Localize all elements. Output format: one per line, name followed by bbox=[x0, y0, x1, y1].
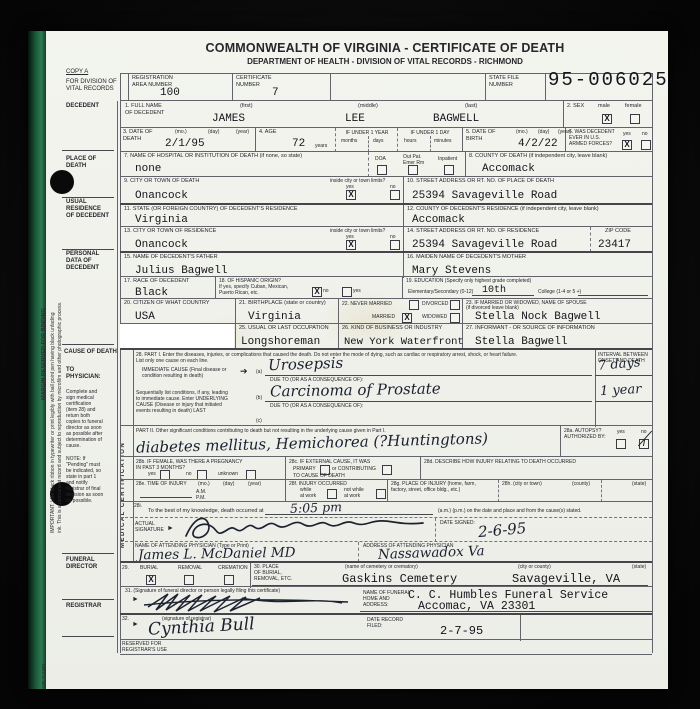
zip-value: 23417 bbox=[598, 239, 631, 251]
margin-divider bbox=[62, 599, 114, 600]
residence-street-value: 25394 Savageville Road bbox=[412, 239, 557, 251]
part1-header: 28. PART I. Enter the diseases, injuries… bbox=[136, 352, 586, 364]
underline bbox=[140, 497, 192, 498]
decedent-last-name: BAGWELL bbox=[433, 113, 479, 125]
birthplace-label: 21. BIRTHPLACE (state or country) bbox=[239, 300, 326, 307]
section-usual-residence: USUAL RESIDENCE OF DECEDENT bbox=[66, 199, 116, 221]
occupation-value: Longshoreman bbox=[241, 336, 320, 348]
sequential-label: Sequentially list conditions, if any, le… bbox=[136, 390, 251, 414]
no-label: no bbox=[323, 288, 329, 294]
citizen-value: USA bbox=[135, 311, 155, 323]
burial-city-value: Savageville, VA bbox=[512, 572, 620, 586]
divider bbox=[560, 426, 561, 457]
while-at-work-checkbox bbox=[327, 489, 337, 499]
hours-label: hours bbox=[404, 138, 417, 144]
occupation-label: 25. USUAL OR LAST OCCUPATION bbox=[239, 325, 329, 332]
divider bbox=[485, 74, 486, 101]
no-label: no bbox=[641, 429, 647, 435]
never-married-checkbox bbox=[409, 300, 419, 310]
sub-last: (last) bbox=[465, 103, 477, 110]
row-reserved: RESERVED FOR REGISTRAR'S USE bbox=[120, 639, 652, 655]
doa-checkbox bbox=[377, 165, 387, 175]
arrow-right-icon: ► bbox=[132, 596, 139, 604]
margin-divider bbox=[62, 344, 114, 345]
divider bbox=[338, 324, 339, 349]
funeral-home-label: NAME OF FUNERAL HOME AND ADDRESS: bbox=[363, 590, 411, 608]
immediate-cause-label: IMMEDIATE CAUSE (Final disease or condit… bbox=[142, 367, 250, 379]
divider bbox=[545, 74, 546, 101]
line-c-tag: (c) bbox=[256, 418, 262, 424]
divider bbox=[498, 480, 499, 502]
limits-no-checkbox bbox=[390, 240, 400, 250]
no-label: no bbox=[186, 471, 192, 477]
armed-forces-label: 6. WAS DECEDENT EVER IN U.S. ARMED FORCE… bbox=[569, 129, 624, 147]
arrow-icon: ➔ bbox=[240, 366, 248, 377]
margin-important-note-2: ink. This is a permanent record and subj… bbox=[57, 233, 63, 533]
divorced-checkbox bbox=[450, 300, 460, 310]
sub-day: (day) bbox=[208, 129, 219, 135]
death-certificate-scan: MARGIN RESERVED FOR BINDING IMPORTANT: U… bbox=[0, 0, 700, 709]
underline bbox=[265, 401, 592, 402]
cause-b-handwriting: Carcinoma of Prostate bbox=[270, 380, 441, 401]
cremation-checkbox bbox=[224, 575, 234, 585]
limits-no-checkbox bbox=[390, 190, 400, 200]
age-label: 4. AGE bbox=[259, 129, 276, 136]
place-of-injury-label: 28g. PLACE OF INJURY (home, farm, factor… bbox=[391, 481, 491, 493]
date-signed-handwriting: 2-6-95 bbox=[477, 519, 527, 541]
row-funeral-signature: 31. (Signature of funeral director or pe… bbox=[120, 586, 652, 614]
row-date-of-death: 3. DATE OF DEATH (mo.) (day) (year) 2/1/… bbox=[120, 127, 652, 152]
copy-for-label: FOR DIVISION OF VITAL RECORDS bbox=[66, 79, 117, 93]
injury-city-label: 28h. (city or town) bbox=[502, 481, 542, 487]
section-personal-data: PERSONAL DATA OF DECEDENT bbox=[66, 251, 116, 273]
sub-year: (year) bbox=[248, 481, 261, 487]
divider bbox=[403, 205, 404, 228]
primary-label: PRIMARY bbox=[293, 466, 316, 472]
autopsy-label: 28a. AUTOPSY? AUTHORIZED BY: bbox=[564, 428, 614, 440]
field1-label: 1. FULL NAME OF DECEDENT bbox=[125, 103, 164, 116]
underline bbox=[265, 375, 592, 376]
married-checkbox: X bbox=[402, 313, 412, 323]
sub-year: (year) bbox=[236, 129, 249, 135]
state-file-number: 95-006025 bbox=[548, 69, 669, 91]
citizen-label: 20. CITIZEN OF WHAT COUNTRY bbox=[124, 300, 210, 307]
row-residence-city: 13. CITY OR TOWN OF RESIDENCE Onancock i… bbox=[120, 226, 652, 252]
certificate-number-value: 7 bbox=[272, 87, 279, 99]
yes-label: yes bbox=[353, 288, 361, 294]
widowed-label: WIDOWED bbox=[422, 314, 447, 320]
armed-forces-no-checkbox bbox=[641, 140, 651, 150]
divider bbox=[335, 128, 336, 152]
residence-state-label: 11. STATE (OR FOREIGN COUNTRY) OF DECEDE… bbox=[124, 206, 298, 213]
never-married-label: 22. NEVER MARRIED bbox=[342, 301, 392, 307]
margin-binding-note: MARGIN RESERVED FOR BINDING bbox=[41, 250, 47, 400]
divider bbox=[232, 74, 233, 101]
margin-divider bbox=[62, 553, 114, 554]
state-sub-label: (state) bbox=[632, 564, 646, 570]
not-while-at-work-checkbox bbox=[376, 489, 386, 499]
divider bbox=[285, 457, 286, 480]
section-cause-of-death: CAUSE OF DEATH bbox=[64, 349, 118, 356]
city-of-death-label: 9. CITY OR TOWN OF DEATH bbox=[124, 178, 199, 185]
inpatient-label: Inpatient bbox=[438, 156, 457, 162]
college-label: College (1-4 or 5 +) bbox=[538, 289, 581, 295]
yes-label: yes bbox=[148, 471, 156, 477]
contributing-label: or CONTRIBUTING bbox=[332, 466, 376, 472]
date-of-death-label: 3. DATE OF DEATH bbox=[123, 129, 153, 142]
divider bbox=[338, 299, 339, 324]
section-funeral-director: FUNERAL DIRECTOR bbox=[66, 557, 116, 571]
sex-label: 2. SEX bbox=[567, 103, 584, 110]
date-of-birth-value: 4/2/22 bbox=[518, 138, 558, 150]
part2-other-conditions: PART II. Other significant conditions co… bbox=[120, 425, 652, 457]
sex-male-label: male bbox=[598, 103, 610, 110]
sub-mo: (mo.) bbox=[175, 129, 187, 135]
limits-yes-checkbox: X bbox=[346, 190, 356, 200]
cemetery-value: Gaskins Cemetery bbox=[342, 572, 457, 586]
document-title: COMMONWEALTH OF VIRGINIA - CERTIFICATE O… bbox=[150, 41, 620, 56]
death-occurred-suffix: (a.m.) (p.m.) on the date and place and … bbox=[438, 508, 646, 514]
divider bbox=[403, 227, 404, 252]
residence-street-label: 14. STREET ADDRESS OR RT. NO. OF RESIDEN… bbox=[407, 228, 539, 235]
removal-label: REMOVAL bbox=[178, 565, 202, 571]
row-registrar: 32. (signature of registrar) ► Cynthia B… bbox=[120, 613, 652, 641]
row-race-education: 17. RACE OF DECEDENT Black 18. OF HISPAN… bbox=[120, 276, 652, 299]
minutes-label: minutes bbox=[434, 138, 452, 144]
divider bbox=[330, 74, 331, 101]
industry-value: New York Waterfront bbox=[344, 336, 464, 348]
row-parents: 15. NAME OF DECEDENT'S FATHER Julius Bag… bbox=[120, 251, 652, 278]
row-burial: 29. BURIAL REMOVAL CREMATION X 30. PLACE… bbox=[120, 561, 652, 588]
header-row: REGISTRATION AREA NUMBER 100 CERTIFICATE… bbox=[120, 73, 652, 101]
redacted-ssn-box bbox=[120, 324, 234, 348]
row-28bcd: 28b. IF FEMALE, WAS THERE A PREGNANCY IN… bbox=[120, 456, 652, 480]
margin-important-note-1: IMPORTANT: Use black ribbon in typewrite… bbox=[50, 233, 56, 533]
removal-checkbox bbox=[184, 575, 194, 585]
divider bbox=[402, 277, 403, 299]
interval-b-handwriting: 1 year bbox=[600, 382, 642, 399]
sex-male-checkbox: X bbox=[602, 114, 612, 124]
section-registrar: REGISTRAR bbox=[66, 603, 116, 610]
row-citizen-marital: 20. CITIZEN OF WHAT COUNTRY USA 21. BIRT… bbox=[120, 298, 652, 324]
armed-forces-yes-checkbox: X bbox=[622, 140, 632, 150]
sub-first: (first) bbox=[240, 103, 253, 110]
father-label: 15. NAME OF DECEDENT'S FATHER bbox=[124, 254, 218, 261]
limits-label: inside city or town limits? bbox=[330, 228, 398, 234]
divider bbox=[430, 136, 431, 152]
date-signed-label: DATE SIGNED: bbox=[440, 520, 475, 526]
underline bbox=[360, 611, 652, 612]
sex-female-checkbox bbox=[630, 114, 640, 124]
age-value: 72 bbox=[292, 138, 305, 150]
place-of-burial-label: 30. PLACE OF BURIAL, REMOVAL, ETC. bbox=[254, 564, 310, 582]
limits-yes-checkbox: X bbox=[346, 240, 356, 250]
hispanic-no-checkbox: X bbox=[312, 287, 322, 297]
funeral-director-signature bbox=[142, 589, 352, 615]
row-hospital: 7. NAME OF HOSPITAL OR INSTITUTION OF DE… bbox=[120, 151, 652, 177]
doa-label: DOA bbox=[375, 156, 386, 162]
date-of-death-value: 2/1/95 bbox=[165, 138, 205, 150]
cause-a-handwriting: Urosepsis bbox=[268, 354, 344, 375]
registrar-signature-handwriting: Cynthia Bull bbox=[148, 614, 256, 640]
no-label: no bbox=[642, 131, 648, 137]
divider bbox=[255, 128, 256, 152]
burial-label: BURIAL bbox=[140, 565, 158, 571]
due-to-label: DUE TO (OR AS A CONSEQUENCE OF): bbox=[270, 403, 363, 409]
divider bbox=[563, 101, 564, 128]
registration-area-value: 100 bbox=[160, 87, 180, 99]
residence-city-value: Onancock bbox=[135, 239, 188, 251]
elementary-label: Elementary/Secondary (0-12) bbox=[408, 289, 473, 295]
divorced-label: DIVORCED bbox=[422, 301, 448, 307]
limits-label: inside city or town limits? bbox=[330, 178, 398, 184]
date-filed-value: 2-7-95 bbox=[440, 624, 483, 638]
divider bbox=[368, 152, 369, 177]
margin-divider bbox=[62, 150, 114, 151]
underline bbox=[578, 295, 648, 296]
divider bbox=[435, 518, 436, 542]
county-of-death-value: Accomack bbox=[482, 163, 535, 175]
zip-label: ZIP CODE bbox=[605, 228, 631, 235]
divider bbox=[235, 299, 236, 324]
row-physician-name: NAME OF ATTENDING PHYSICIAN (Type or Pri… bbox=[120, 541, 652, 562]
city-of-death-value: Onancock bbox=[135, 190, 188, 202]
form-code: VS 2 1/89 bbox=[42, 618, 48, 688]
margin-divider bbox=[62, 197, 114, 198]
row-occupation: 25. USUAL OR LAST OCCUPATION Longshorema… bbox=[120, 323, 652, 349]
certificate-number-label: CERTIFICATE NUMBER bbox=[236, 75, 272, 88]
street-of-death-label: 10. STREET ADDRESS OR RT. NO. OF PLACE O… bbox=[407, 178, 554, 185]
pending-note: NOTE: If "Pending" must be indicated, so… bbox=[66, 456, 116, 504]
field-32-number: 32. bbox=[122, 616, 129, 622]
row-28efgh: 28e. TIME OF INJURY (mo.) (day) (year) A… bbox=[120, 479, 652, 502]
education-label: 19. EDUCATION (Specify only highest grad… bbox=[406, 278, 531, 284]
divider bbox=[368, 136, 369, 152]
physician-address-handwriting: Nassawadox Va bbox=[378, 543, 485, 563]
residence-county-value: Accomack bbox=[412, 214, 465, 226]
date-filed-label: DATE RECORD FILED: bbox=[367, 617, 403, 629]
divider bbox=[397, 128, 398, 152]
city-county-sub-label: (city or county) bbox=[518, 564, 551, 570]
race-label: 17. RACE OF DECEDENT bbox=[124, 278, 189, 285]
informant-label: 27. INFORMANT - OR SOURCE OF INFORMATION bbox=[466, 325, 595, 332]
arrow-right-icon: ► bbox=[132, 621, 139, 629]
divider bbox=[520, 615, 521, 641]
married-label: MARRIED bbox=[372, 314, 395, 320]
divider bbox=[128, 74, 129, 101]
mother-label: 16. MAIDEN NAME OF DECEDENT'S MOTHER bbox=[407, 254, 526, 261]
describe-injury-label: 28d. DESCRIBE HOW INJURY RELATING TO DEA… bbox=[424, 459, 576, 465]
line-a-tag: (a) bbox=[256, 369, 262, 375]
ampm-label: A.M. P.M. bbox=[196, 489, 206, 501]
divider bbox=[250, 563, 251, 588]
row-residence-state: 11. STATE (OR FOREIGN COUNTRY) OF DECEDE… bbox=[120, 203, 652, 228]
actual-signature-label: ACTUAL SIGNATURE bbox=[135, 521, 164, 533]
residence-state-value: Virginia bbox=[135, 214, 188, 226]
underline bbox=[595, 375, 652, 376]
part1-cause-of-death: 28. PART I. Enter the diseases, injuries… bbox=[120, 348, 652, 427]
reserved-label: RESERVED FOR REGISTRAR'S USE bbox=[122, 641, 167, 653]
cremation-label: CREMATION bbox=[218, 565, 248, 571]
injury-county-label: (county) bbox=[572, 481, 590, 487]
sub-day: (day) bbox=[538, 129, 549, 135]
contributing-checkbox bbox=[382, 465, 392, 475]
interval-a-handwriting: 7 days bbox=[597, 355, 641, 374]
hispanic-hint: If yes, specify Cuban, Mexican, Puerto R… bbox=[219, 284, 309, 296]
sub-day: (day) bbox=[223, 481, 234, 487]
spouse-value: Stella Nock Bagwell bbox=[475, 311, 600, 323]
date-of-birth-label: 5. DATE OF BIRTH bbox=[466, 129, 496, 142]
cemetery-sub-label: (name of cemetery or crematory) bbox=[345, 564, 418, 570]
street-of-death-value: 25394 Savageville Road bbox=[412, 190, 557, 202]
row-physician-signature: ACTUAL SIGNATURE ► DATE SIGNED: 2-6-95 bbox=[120, 517, 652, 542]
divider bbox=[465, 152, 466, 177]
age-unit: years bbox=[315, 143, 327, 149]
physician-note: Complete and sign medical certification … bbox=[66, 389, 116, 449]
hospital-value: none bbox=[135, 163, 161, 175]
copy-label: COPY A bbox=[66, 69, 88, 76]
pregnancy-label: 28b. IF FEMALE, WAS THERE A PREGNANCY IN… bbox=[136, 459, 281, 471]
while-at-work-label: while at work bbox=[300, 487, 316, 499]
form-left-outer-border bbox=[117, 101, 118, 653]
decedent-middle-name: LEE bbox=[345, 113, 365, 125]
divider bbox=[601, 480, 602, 502]
state-file-label: STATE FILE NUMBER bbox=[489, 75, 519, 88]
under-1-year-label: IF UNDER 1 YEAR bbox=[339, 130, 395, 136]
outpatient-checkbox bbox=[408, 165, 418, 175]
divider bbox=[387, 480, 388, 502]
sub-mo: (mo.) bbox=[198, 481, 210, 487]
margin-divider bbox=[62, 249, 114, 250]
unknown-label: unknown bbox=[218, 471, 238, 477]
margin-divider bbox=[62, 636, 114, 637]
divider bbox=[595, 350, 596, 427]
divider bbox=[235, 324, 236, 349]
industry-label: 26. KIND OF BUSINESS OR INDUSTRY bbox=[342, 325, 442, 332]
divider bbox=[420, 457, 421, 480]
decedent-first-name: JAMES bbox=[212, 113, 245, 125]
divider bbox=[403, 177, 404, 204]
informant-value: Stella Bagwell bbox=[475, 336, 567, 348]
yes-label: yes bbox=[617, 429, 625, 435]
not-while-at-work-label: not while at work bbox=[344, 487, 364, 499]
birthplace-value: Virginia bbox=[248, 311, 301, 323]
arrow-right-icon: ► bbox=[167, 525, 174, 533]
burial-checkbox: X bbox=[146, 575, 156, 585]
punch-hole-top bbox=[50, 170, 74, 194]
hospital-label: 7. NAME OF HOSPITAL OR INSTITUTION OF DE… bbox=[124, 153, 302, 160]
field-29-number: 29. bbox=[122, 565, 129, 571]
section-to-physician: TO PHYSICIAN: bbox=[66, 367, 116, 381]
residence-city-label: 13. CITY OR TOWN OF RESIDENCE bbox=[124, 228, 216, 235]
divider bbox=[285, 480, 286, 502]
row-full-name: 1. FULL NAME OF DECEDENT (first) (middle… bbox=[120, 100, 652, 128]
county-of-death-label: 8. COUNTY OF DEATH (if independent city,… bbox=[469, 153, 607, 160]
divider bbox=[462, 128, 463, 152]
field-28i-number: 28i. bbox=[134, 503, 142, 509]
sex-female-label: female bbox=[625, 103, 642, 110]
row-city-of-death: 9. CITY OR TOWN OF DEATH Onancock inside… bbox=[120, 176, 652, 204]
widowed-checkbox bbox=[450, 313, 460, 323]
months-label: months bbox=[341, 138, 357, 144]
injury-state-label: (state) bbox=[632, 481, 646, 487]
form-right-border bbox=[652, 73, 653, 653]
sub-mo: (mo.) bbox=[516, 129, 528, 135]
sub-middle: (middle) bbox=[358, 103, 378, 110]
under-1-day-label: IF UNDER 1 DAY bbox=[401, 130, 459, 136]
divider bbox=[590, 227, 591, 252]
time-of-injury-label: 28e. TIME OF INJURY bbox=[136, 481, 187, 487]
underline bbox=[472, 295, 534, 296]
yes-label: yes bbox=[623, 131, 631, 137]
days-label: days bbox=[373, 138, 384, 144]
autopsy-yes-checkbox bbox=[616, 439, 626, 449]
divider bbox=[403, 253, 404, 278]
residence-county-label: 12. COUNTY OF DECEDENT'S RESIDENCE (if i… bbox=[407, 206, 599, 213]
divider bbox=[358, 542, 359, 562]
section-place-of-death: PLACE OF DEATH bbox=[66, 156, 116, 170]
divider bbox=[215, 277, 216, 299]
section-decedent: DECEDENT bbox=[66, 103, 116, 110]
inpatient-checkbox bbox=[444, 165, 454, 175]
document-subtitle: DEPARTMENT OF HEALTH - DIVISION OF VITAL… bbox=[150, 57, 620, 67]
underline bbox=[595, 401, 652, 402]
divider bbox=[462, 299, 463, 324]
line-b-tag: (b) bbox=[256, 395, 262, 401]
injury-occurred-label: 28f. INJURY OCCURRED bbox=[289, 481, 347, 487]
hispanic-yes-checkbox bbox=[342, 287, 352, 297]
